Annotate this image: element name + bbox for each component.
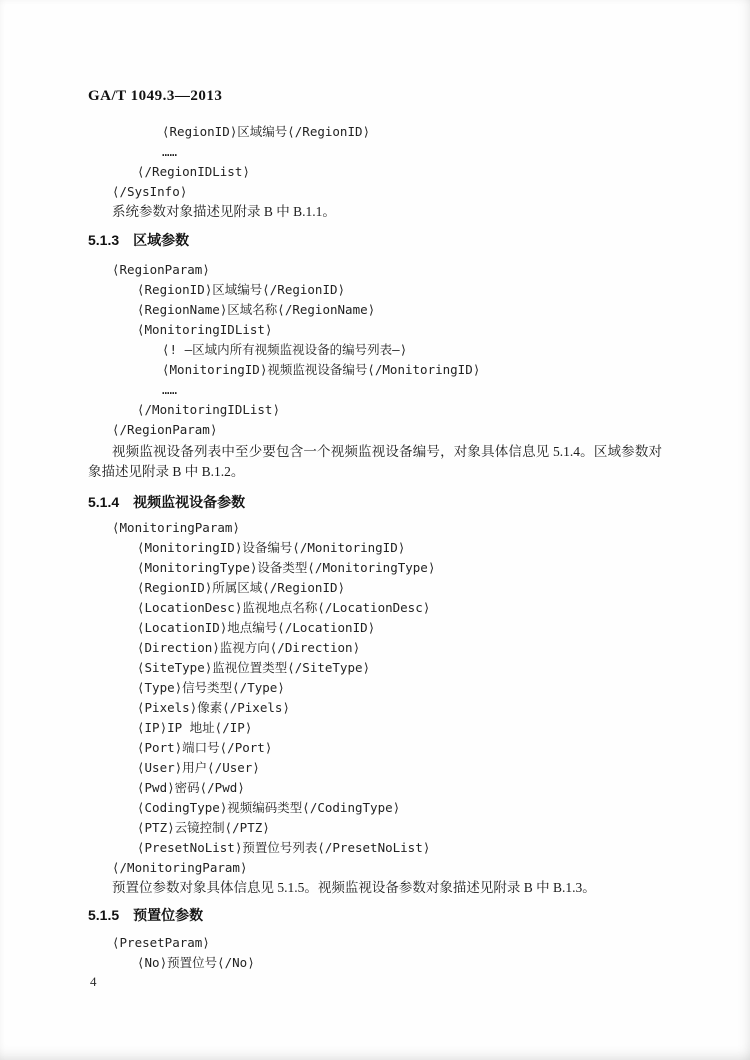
monitoringparam-note-paragraph: 预置位参数对象具体信息见 5.1.5。视频监视设备参数对象描述见附录 B 中 B…	[88, 878, 662, 898]
section-title: 区域参数	[133, 232, 189, 248]
xml-code-line: ⟨PTZ⟩云镜控制⟨/PTZ⟩	[88, 818, 662, 838]
xml-code-line: ⟨RegionID⟩区域编号⟨/RegionID⟩	[88, 280, 662, 300]
section-title: 视频监视设备参数	[133, 494, 245, 510]
xml-code-line: ⟨MonitoringID⟩视频监视设备编号⟨/MonitoringID⟩	[88, 360, 662, 380]
xml-code-line: ⟨SiteType⟩监视位置类型⟨/SiteType⟩	[88, 658, 662, 678]
xml-code-line: ⟨PresetParam⟩	[88, 933, 662, 953]
xml-code-line: ⟨No⟩预置位号⟨/No⟩	[88, 953, 662, 973]
xml-code-line: ⟨LocationID⟩地点编号⟨/LocationID⟩	[88, 618, 662, 638]
sysinfo-note-paragraph: 系统参数对象描述见附录 B 中 B.1.1。	[88, 202, 662, 222]
xml-code-line-ellipsis: ……	[88, 380, 662, 400]
xml-code-line: ⟨/RegionParam⟩	[88, 420, 662, 440]
xml-code-line: ⟨Direction⟩监视方向⟨/Direction⟩	[88, 638, 662, 658]
xml-code-line: ⟨IP⟩IP 地址⟨/IP⟩	[88, 718, 662, 738]
section-number: 5.1.5	[88, 905, 119, 925]
section-heading-513: 5.1.3区域参数	[88, 230, 662, 250]
xml-code-line: ⟨PresetNoList⟩预置位号列表⟨/PresetNoList⟩	[88, 838, 662, 858]
xml-code-block-sysinfo: ⟨RegionID⟩区域编号⟨/RegionID⟩ …… ⟨/RegionIDL…	[88, 122, 662, 202]
xml-code-block-monitoringparam: ⟨MonitoringParam⟩ ⟨MonitoringID⟩设备编号⟨/Mo…	[88, 518, 662, 878]
xml-comment-line: ⟨! —区域内所有视频监视设备的编号列表—⟩	[88, 340, 662, 360]
xml-code-line: ⟨Port⟩端口号⟨/Port⟩	[88, 738, 662, 758]
section-heading-515: 5.1.5预置位参数	[88, 905, 662, 925]
section-title: 预置位参数	[133, 907, 203, 923]
xml-code-block-regionparam: ⟨RegionParam⟩ ⟨RegionID⟩区域编号⟨/RegionID⟩ …	[88, 260, 662, 440]
xml-code-line: ⟨/RegionIDList⟩	[88, 162, 662, 182]
xml-code-line: ⟨MonitoringType⟩设备类型⟨/MonitoringType⟩	[88, 558, 662, 578]
xml-code-line: ⟨Type⟩信号类型⟨/Type⟩	[88, 678, 662, 698]
page-number: 4	[90, 974, 97, 990]
regionparam-note-paragraph: 视频监视设备列表中至少要包含一个视频监视设备编号，对象具体信息见 5.1.4。区…	[88, 442, 662, 482]
xml-code-line: ⟨MonitoringIDList⟩	[88, 320, 662, 340]
section-number: 5.1.3	[88, 230, 119, 250]
xml-code-line: ⟨RegionName⟩区域名称⟨/RegionName⟩	[88, 300, 662, 320]
xml-code-line: ⟨MonitoringID⟩设备编号⟨/MonitoringID⟩	[88, 538, 662, 558]
xml-code-line: ⟨/MonitoringIDList⟩	[88, 400, 662, 420]
xml-code-block-presetparam: ⟨PresetParam⟩ ⟨No⟩预置位号⟨/No⟩	[88, 933, 662, 973]
section-number: 5.1.4	[88, 492, 119, 512]
xml-code-line: ⟨RegionParam⟩	[88, 260, 662, 280]
xml-code-line: ⟨RegionID⟩区域编号⟨/RegionID⟩	[88, 122, 662, 142]
xml-code-line: ⟨User⟩用户⟨/User⟩	[88, 758, 662, 778]
document-page: GA/T 1049.3—2013 ⟨RegionID⟩区域编号⟨/RegionI…	[0, 0, 750, 1060]
section-heading-514: 5.1.4视频监视设备参数	[88, 492, 662, 512]
xml-code-line: ⟨/SysInfo⟩	[88, 182, 662, 202]
xml-code-line: ⟨RegionID⟩所属区域⟨/RegionID⟩	[88, 578, 662, 598]
xml-code-line-ellipsis: ……	[88, 142, 662, 162]
xml-code-line: ⟨Pwd⟩密码⟨/Pwd⟩	[88, 778, 662, 798]
xml-code-line: ⟨CodingType⟩视频编码类型⟨/CodingType⟩	[88, 798, 662, 818]
standard-number-header: GA/T 1049.3—2013	[88, 88, 662, 106]
page-content: GA/T 1049.3—2013 ⟨RegionID⟩区域编号⟨/RegionI…	[88, 88, 662, 973]
xml-code-line: ⟨MonitoringParam⟩	[88, 518, 662, 538]
xml-code-line: ⟨/MonitoringParam⟩	[88, 858, 662, 878]
xml-code-line: ⟨Pixels⟩像素⟨/Pixels⟩	[88, 698, 662, 718]
xml-code-line: ⟨LocationDesc⟩监视地点名称⟨/LocationDesc⟩	[88, 598, 662, 618]
